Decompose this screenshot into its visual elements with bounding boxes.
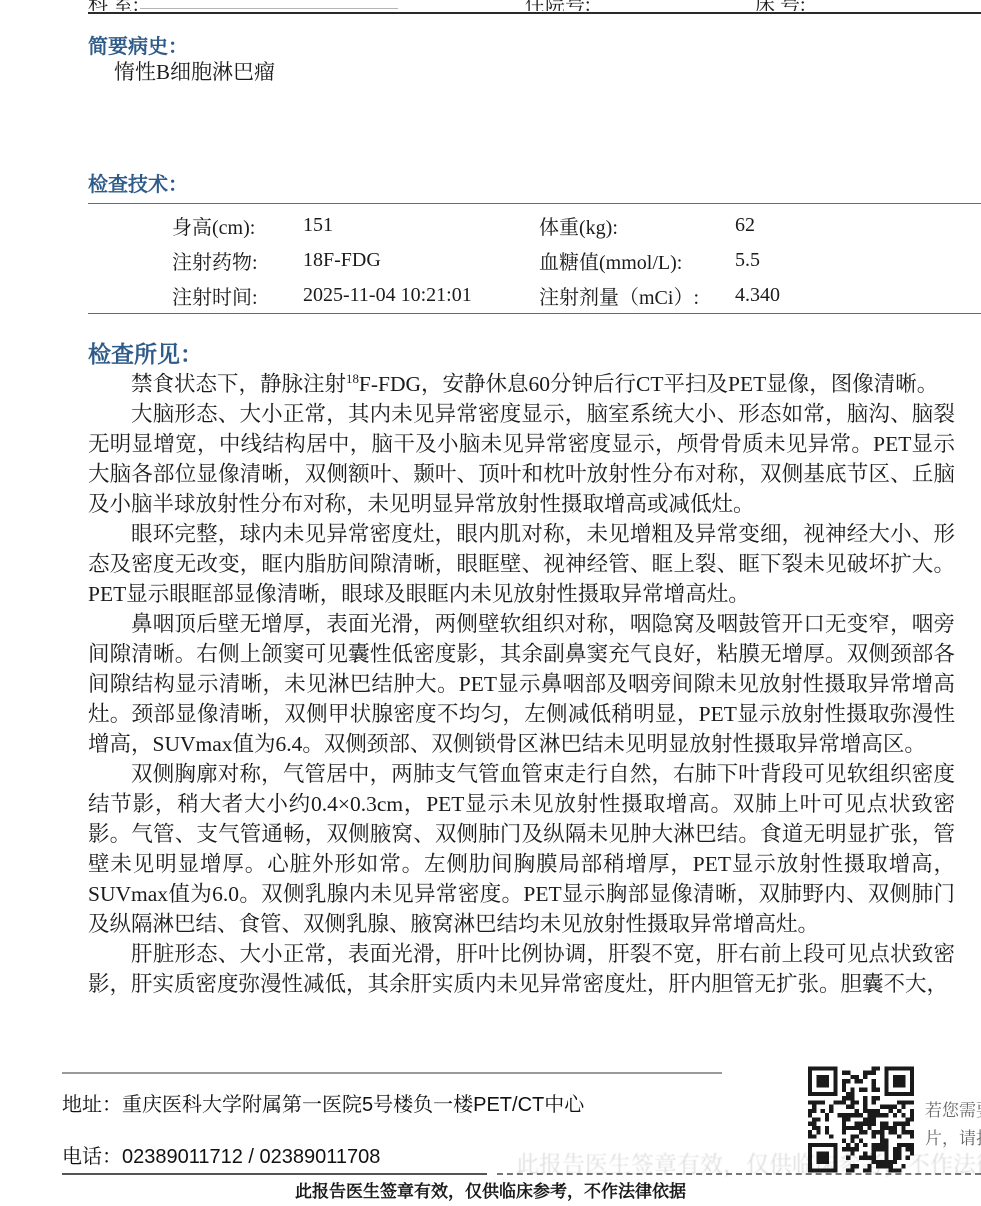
findings-paragraph-intro: 禁食状态下，静脉注射18F-FDG，安静休息60分钟后行CT平扫及PET显像，图… (88, 369, 955, 399)
glucose-value: 5.5 (735, 249, 981, 272)
disclaimer-text: 此报告医生签章有效，仅供临床参考，不作法律依据 (0, 1177, 981, 1202)
clipped-admission-label: 住院号: (525, 0, 591, 11)
clipped-dept-label: 科 室: (88, 0, 139, 11)
phone-line: 电话：02389011712 / 02389011708 (62, 1140, 380, 1169)
glucose-label: 血糖值(mmol/L): (539, 246, 735, 275)
inject-time-value: 2025-11-04 10:21:01 (303, 284, 539, 307)
findings-paragraph-liver: 肝脏形态、大小正常，表面光滑，肝叶比例协调，肝裂不宽，肝右前上段可见点状致密影，… (88, 939, 955, 999)
footer-bottom-divider-dashed (497, 1173, 981, 1175)
technique-table-bottom-border (88, 313, 981, 314)
qr-note-line1: 若您需要 (925, 1096, 981, 1121)
technique-table-top-border (88, 203, 981, 204)
dose-label: 注射剂量（mCi）: (539, 281, 735, 310)
findings-paragraph-chest: 双侧胸廓对称，气管居中，两肺支气管血管束走行自然，右肺下叶背段可见软组织密度结节… (88, 759, 955, 939)
findings-paragraph-orbit: 眼环完整，球内未见异常密度灶，眼内肌对称，未见增粗及异常变细，视神经大小、形态及… (88, 519, 955, 609)
inject-time-label: 注射时间: (172, 281, 303, 310)
technique-table: 身高(cm): 151 体重(kg): 62 注射药物: 18F-FDG 血糖值… (88, 208, 981, 313)
footer-top-divider (62, 1072, 722, 1074)
weight-value: 62 (735, 214, 981, 237)
findings-body: 禁食状态下，静脉注射18F-FDG，安静休息60分钟后行CT平扫及PET显像，图… (88, 369, 955, 999)
dose-value: 4.340 (735, 284, 981, 307)
tracer-value: 18F-FDG (303, 249, 539, 272)
clipped-header-row: 科 室: 住院号: 床 号: (0, 0, 981, 11)
isotope-superscript: 18 (346, 372, 359, 386)
weight-label: 体重(kg): (539, 211, 735, 240)
height-label: 身高(cm): (172, 211, 303, 240)
section-title-brief-history: 简要病史： (88, 30, 188, 59)
tracer-label: 注射药物: (172, 246, 303, 275)
brief-history-content: 惰性B细胞淋巴瘤 (114, 56, 275, 86)
address-line: 地址：重庆医科大学附属第一医院5号楼负一楼PET/CT中心 (62, 1088, 584, 1117)
section-title-findings: 检查所见： (88, 336, 203, 369)
clipped-bed-label: 床 号: (755, 0, 806, 11)
section-title-technique: 检查技术： (88, 168, 188, 197)
clipped-field-underline (140, 8, 398, 9)
findings-intro-pre: 禁食状态下，静脉注射 (131, 372, 346, 396)
findings-paragraph-brain: 大脑形态、大小正常，其内未见异常密度显示，脑室系统大小、形态如常，脑沟、脑裂无明… (88, 399, 955, 519)
petct-report-page: { "colors": { "heading_blue": "#2e5b8a" … (0, 0, 981, 1206)
height-value: 151 (303, 214, 539, 237)
footer-bottom-divider-solid (62, 1173, 487, 1175)
findings-paragraph-nasopharynx: 鼻咽顶后壁无增厚，表面光滑，两侧壁软组织对称，咽隐窝及咽鼓管开口无变窄，咽旁间隙… (88, 609, 955, 759)
findings-intro-post: F-FDG，安静休息60分钟后行CT平扫及PET显像，图像清晰。 (359, 372, 938, 396)
header-divider (88, 12, 981, 14)
